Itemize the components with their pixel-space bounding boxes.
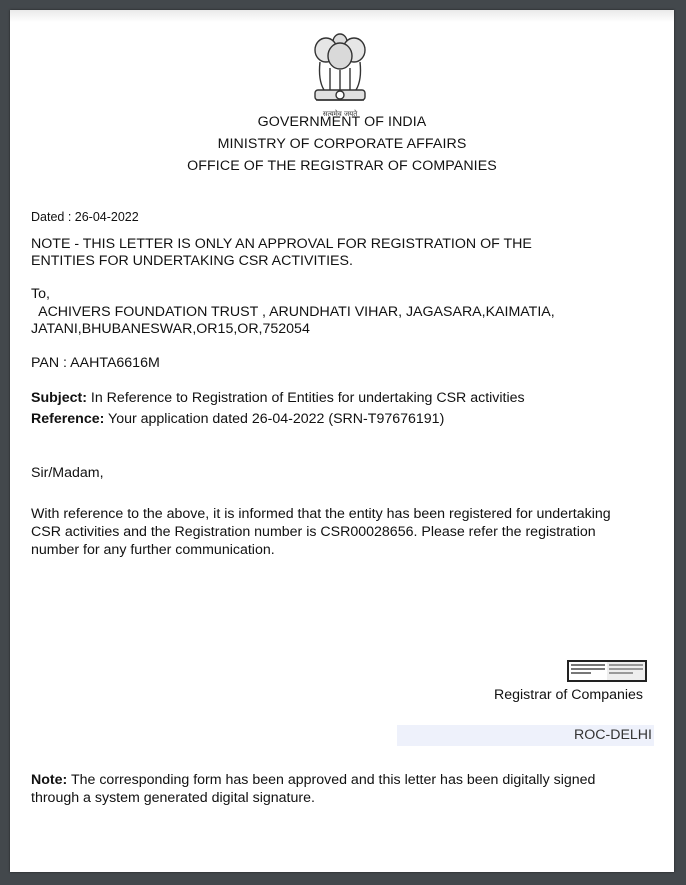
footer-note-line2: through a system generated digital signa… [31,790,315,807]
address-line1: ACHIVERS FOUNDATION TRUST , ARUNDHATI VI… [31,304,555,321]
footer-note-label: Note: [31,772,67,788]
subject-text: In Reference to Registration of Entities… [87,390,525,406]
pan-number: PAN : AAHTA6616M [31,355,160,372]
subject-label: Subject: [31,390,87,406]
footer-note-text: The corresponding form has been approved… [67,772,595,788]
header-office: OFFICE OF THE REGISTRAR OF COMPANIES [10,158,674,174]
body-line3: number for any further communication. [31,542,275,559]
body-line2: CSR activities and the Registration numb… [31,524,596,541]
address-line2: JATANI,BHUBANESWAR,OR15,OR,752054 [31,321,310,338]
salutation: Sir/Madam, [31,465,104,482]
footer-note-line1: Note: The corresponding form has been ap… [31,772,595,789]
roc-office: ROC-DELHI [574,727,652,743]
document-page: सत्यमेव जयते GOVERNMENT OF INDIA MINISTR… [10,10,674,872]
subject: Subject: In Reference to Registration of… [31,390,525,407]
reference-label: Reference: [31,411,104,427]
approval-note-line1: NOTE - THIS LETTER IS ONLY AN APPROVAL F… [31,236,532,253]
reference-text: Your application dated 26-04-2022 (SRN-T… [104,411,444,427]
state-emblem-icon: सत्यमेव जयते [306,30,374,120]
to-label: To, [31,286,50,303]
approval-note-line2: ENTITIES FOR UNDERTAKING CSR ACTIVITIES. [31,253,353,270]
roc-office-field: ROC-DELHI [397,725,654,746]
body-line1: With reference to the above, it is infor… [31,506,611,523]
header-government: GOVERNMENT OF INDIA [10,114,674,130]
reference: Reference: Your application dated 26-04-… [31,411,444,428]
header-ministry: MINISTRY OF CORPORATE AFFAIRS [10,136,674,152]
dated: Dated : 26-04-2022 [31,209,139,226]
signatory: Registrar of Companies [494,687,643,704]
digital-signature-icon[interactable] [567,660,647,682]
